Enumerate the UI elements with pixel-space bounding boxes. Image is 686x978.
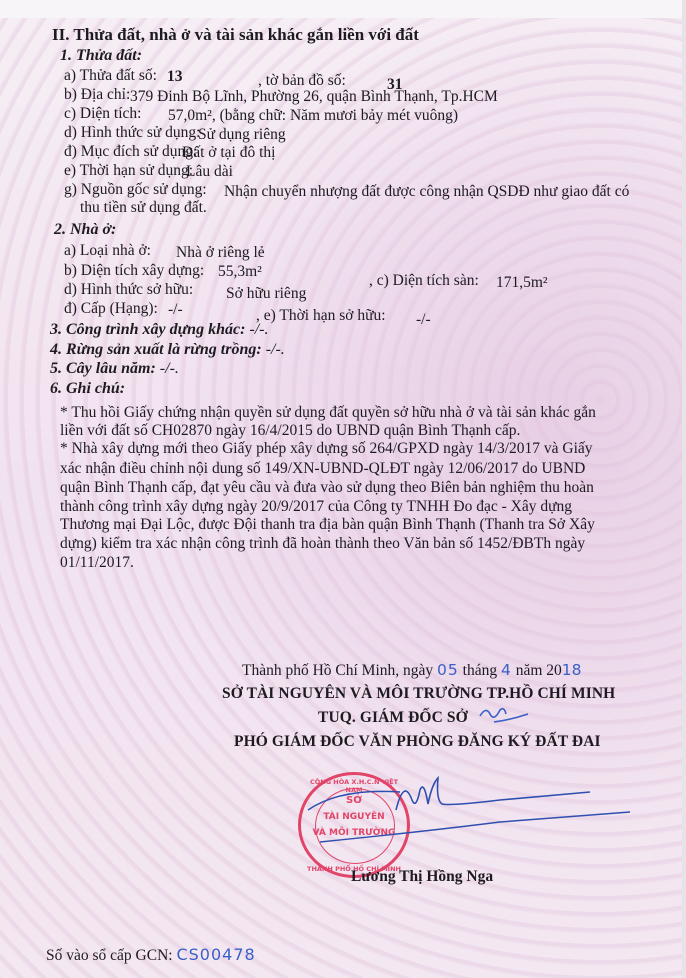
term-label: e) Thời hạn sử dụng: — [64, 162, 193, 180]
issue-day: 05 — [437, 661, 459, 679]
origin-label: g) Nguồn gốc sử dụng: — [64, 181, 207, 199]
floor-area-value: 171,5m² — [496, 274, 548, 292]
registry-number: Số vào sổ cấp GCN: CS00478 — [46, 946, 256, 965]
signer-name: Lương Thị Hồng Nga — [351, 868, 493, 886]
area-value: 57,0m², (bằng chữ: Năm mươi bảy mét vuôn… — [168, 107, 458, 125]
issue-date: Thành phố Hồ Chí Minh, ngày 05 tháng 4 n… — [242, 661, 582, 680]
note-line: liền với đất số CH02870 ngày 16/4/2015 d… — [60, 422, 520, 440]
ownership-label: d) Hình thức sở hữu: — [64, 281, 193, 299]
house-type-label: a) Loại nhà ở: — [64, 242, 151, 260]
note-line: xác nhận điều chỉnh nội dung số 149/XN-U… — [60, 460, 585, 478]
note-line: dựng) kiểm tra xác nhận công trình đã ho… — [60, 535, 585, 553]
address-label: b) Địa chỉ: — [64, 86, 130, 104]
purpose-label: đ) Mục đích sử dụng: — [64, 143, 197, 161]
build-area-label: b) Diện tích xây dựng: — [64, 262, 204, 280]
date-prefix: Thành phố Hồ Chí Minh, ngày — [242, 662, 433, 679]
build-area-value: 55,3m² — [218, 263, 262, 281]
own-term-label: , e) Thời hạn sở hữu: — [256, 307, 386, 325]
area-label: c) Diện tích: — [64, 105, 141, 123]
issue-month: 4 — [501, 661, 512, 679]
note-line: thành công trình xây dựng ngày 20/9/2017… — [60, 498, 572, 516]
perennial-heading: 5. Cây lâu năm: -/-. — [50, 360, 179, 378]
forest-value: -/-. — [266, 341, 285, 358]
registry-value: CS00478 — [176, 945, 255, 964]
perennial-label: 5. Cây lâu năm: — [50, 360, 156, 377]
year-label: năm 20 — [516, 662, 562, 679]
note-line: 01/11/2017. — [60, 554, 134, 572]
own-term-value: -/- — [416, 311, 431, 329]
note-line: * Thu hồi Giấy chứng nhận quyền sử dụng … — [60, 404, 596, 422]
forest-label: 4. Rừng sản xuất là rừng trồng: — [50, 341, 262, 358]
address-value: 379 Đinh Bộ Lĩnh, Phường 26, quận Bình T… — [130, 88, 498, 106]
notes-heading: 6. Ghi chú: — [50, 380, 125, 398]
parcel-label: a) Thửa đất số: — [64, 67, 157, 85]
month-label: tháng — [463, 662, 497, 679]
other-works-label: 3. Công trình xây dựng khác: — [50, 321, 245, 338]
signature-mark — [300, 770, 630, 850]
use-form-value: Sử dụng riêng — [198, 126, 286, 144]
use-form-label: d) Hình thức sử dụng: — [64, 124, 201, 142]
agency-name: SỞ TÀI NGUYÊN VÀ MÔI TRƯỜNG TP.HỒ CHÍ MI… — [222, 685, 615, 703]
note-line: * Nhà xây dựng mới theo Giấy phép xây dự… — [60, 440, 593, 458]
origin-value-line2: thu tiền sử dụng đất. — [80, 199, 207, 217]
tuq-title: TUQ. GIÁM ĐỐC SỞ — [318, 709, 468, 727]
other-works-heading: 3. Công trình xây dựng khác: -/-. — [50, 321, 269, 339]
note-line: Thương mại Đại Lộc, được Đội thanh tra đ… — [60, 516, 595, 534]
grade-value: -/- — [168, 301, 183, 319]
ownership-value: Sở hữu riêng — [226, 285, 306, 303]
initials-mark — [476, 702, 532, 728]
note-line: quận Bình Thạnh cấp, đạt yêu cầu và đưa … — [60, 479, 594, 497]
floor-area-label: , c) Diện tích sàn: — [369, 272, 479, 290]
house-heading: 2. Nhà ở: — [54, 221, 116, 239]
forest-heading: 4. Rừng sản xuất là rừng trồng: -/-. — [50, 341, 285, 359]
other-works-value: -/-. — [249, 321, 268, 338]
certificate-page: II. Thửa đất, nhà ở và tài sản khác gắn … — [0, 0, 686, 978]
parcel-number: 13 — [167, 68, 183, 86]
origin-value-line1: Nhận chuyển nhượng đất được công nhận QS… — [224, 183, 629, 201]
issue-year-suffix: 18 — [562, 661, 582, 679]
position-title: PHÓ GIÁM ĐỐC VĂN PHÒNG ĐĂNG KÝ ĐẤT ĐAI — [234, 733, 601, 751]
house-type-value: Nhà ở riêng lẻ — [176, 244, 265, 262]
section-title: II. Thửa đất, nhà ở và tài sản khác gắn … — [52, 26, 419, 44]
term-value: Lâu dài — [186, 163, 233, 181]
perennial-value: -/-. — [160, 360, 179, 377]
registry-label: Số vào sổ cấp GCN: — [46, 947, 173, 964]
grade-label: đ) Cấp (Hạng): — [64, 300, 158, 318]
land-heading: 1. Thửa đất: — [60, 47, 142, 65]
purpose-value: Đất ở tại đô thị — [182, 144, 275, 162]
